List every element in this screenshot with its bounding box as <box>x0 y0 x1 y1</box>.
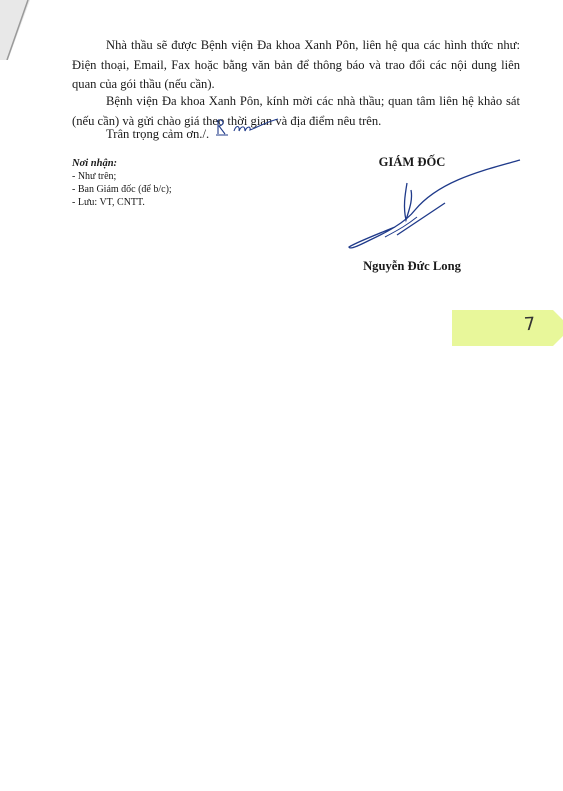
signer-name: Nguyễn Đức Long <box>312 259 512 274</box>
sticky-note-page-number: 7 <box>523 314 536 336</box>
signature <box>345 155 525 255</box>
recipient-item: - Ban Giám đốc (để b/c); <box>72 183 172 196</box>
paragraph-text: Trân trọng cảm ơn./. <box>106 127 209 141</box>
recipient-item: - Như trên; <box>72 170 172 183</box>
sticky-note-corner <box>553 336 563 346</box>
recipients-title: Nơi nhận: <box>72 157 172 170</box>
sticky-note: 7 <box>452 310 563 346</box>
recipient-item: - Lưu: VT, CNTT. <box>72 196 172 209</box>
paragraph-text: Bệnh viện Đa khoa Xanh Pôn, kính mời các… <box>72 94 520 128</box>
paragraph-text: Nhà thầu sẽ được Bệnh viện Đa khoa Xanh … <box>72 38 520 91</box>
handwritten-initials <box>214 116 280 138</box>
recipients-block: Nơi nhận: - Như trên; - Ban Giám đốc (để… <box>72 157 172 209</box>
paragraph-contact: Nhà thầu sẽ được Bệnh viện Đa khoa Xanh … <box>72 36 520 95</box>
page-fold-shadow <box>0 0 30 60</box>
sticky-note-corner <box>553 310 563 320</box>
